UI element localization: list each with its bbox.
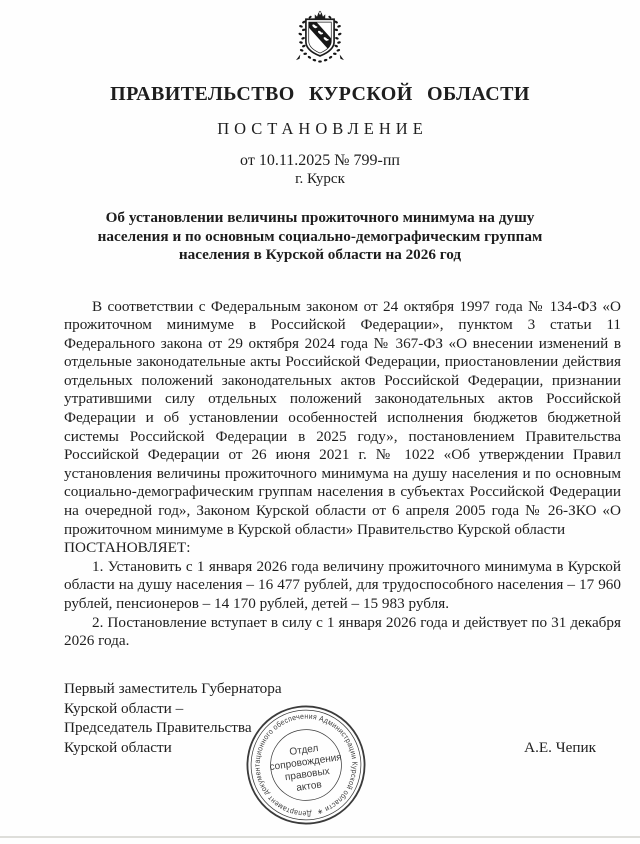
paragraph-legal-basis: В соответствии с Федеральным законом от …	[64, 298, 621, 540]
decree-document-page: ПРАВИТЕЛЬСТВО КУРСКОЙ ОБЛАСТИ ПОСТАНОВЛЕ…	[0, 0, 640, 844]
signer-position-line: Курской области	[64, 738, 282, 758]
signer-position-line: Председатель Правительства	[64, 718, 282, 738]
doc-type: ПОСТАНОВЛЕНИЕ	[0, 120, 640, 137]
resolves-line: ПОСТАНОВЛЯЕТ:	[64, 539, 621, 558]
org-name: ПРАВИТЕЛЬСТВО КУРСКОЙ ОБЛАСТИ	[0, 84, 640, 105]
signature-block: Первый заместитель Губернатора Курской о…	[64, 679, 596, 758]
doc-city: г. Курск	[0, 171, 640, 187]
decree-item-1: 1. Установить с 1 января 2026 года велич…	[64, 558, 621, 614]
signer-position-line: Первый заместитель Губернатора	[64, 679, 282, 699]
document-body: В соответствии с Федеральным законом от …	[64, 298, 621, 651]
decree-item-2: 2. Постановление вступает в силу с 1 янв…	[64, 614, 621, 651]
stamp-center-line: актов	[296, 779, 323, 793]
signer-name: А.Е. Чепик	[524, 738, 596, 758]
doc-date-number: от 10.11.2025 № 799-пп	[0, 152, 640, 169]
signer-position: Первый заместитель Губернатора Курской о…	[64, 679, 282, 758]
doc-title: Об установлении величины прожиточного ми…	[70, 209, 570, 265]
signer-position-line: Курской области –	[64, 699, 282, 719]
kursk-oblast-coat-of-arms-icon	[283, 8, 357, 70]
stamp-center-line: правовых	[284, 766, 330, 783]
page-bottom-edge	[0, 836, 640, 838]
